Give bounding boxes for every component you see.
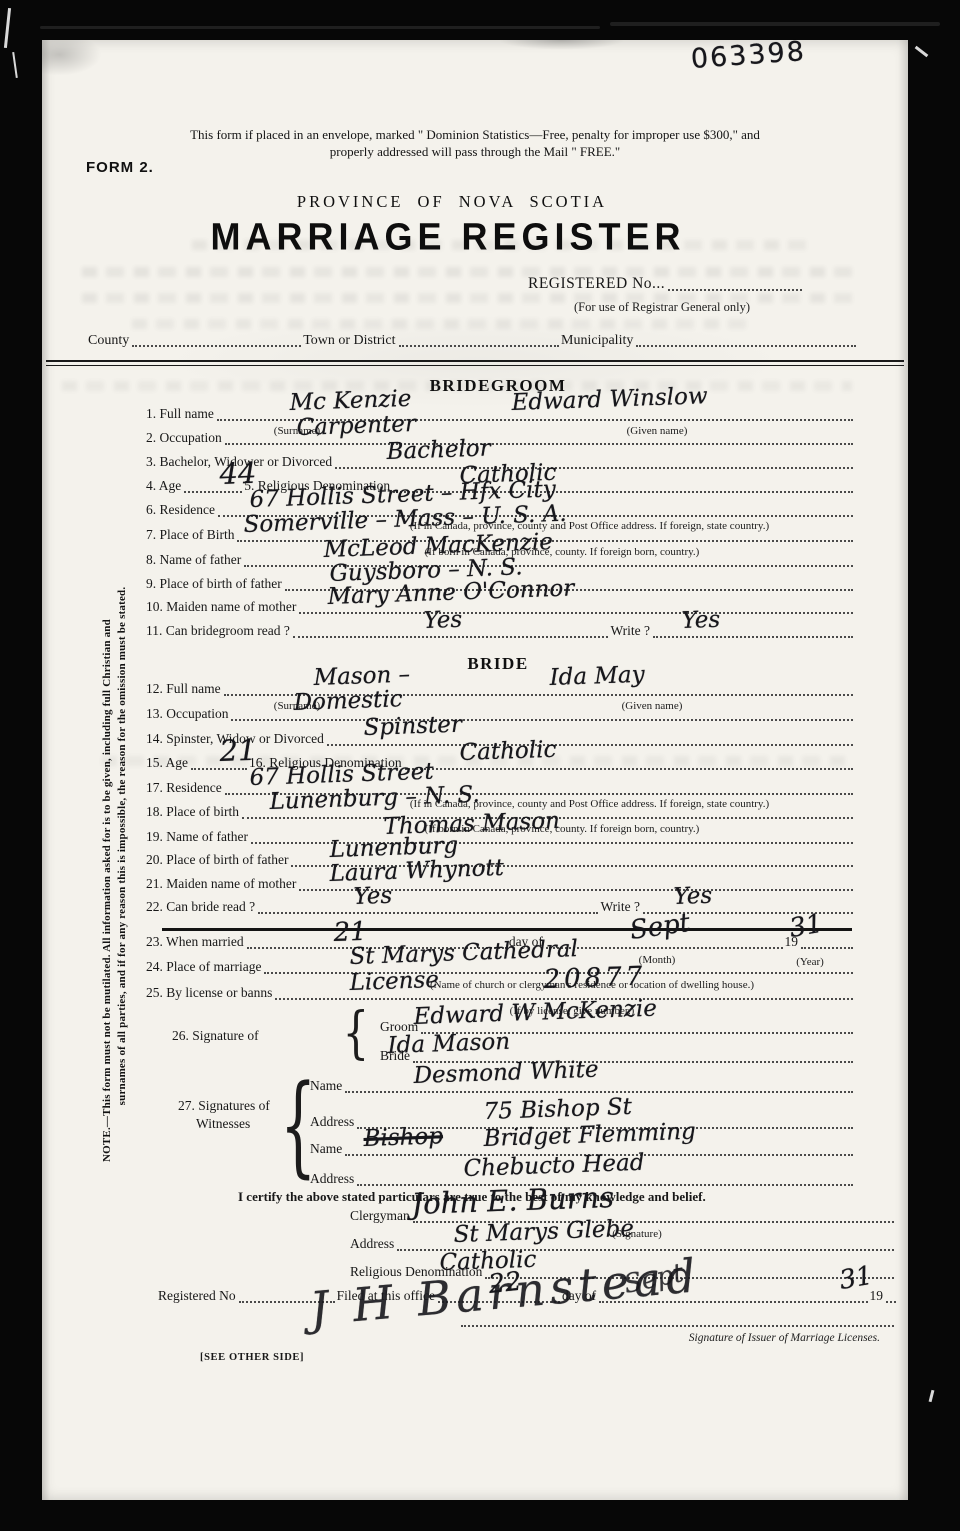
handwriting-year: 31 — [787, 911, 824, 942]
handwriting-age: 44 — [219, 459, 257, 489]
address-label: Address — [310, 1172, 354, 1187]
handwriting-can-write: Yes — [681, 609, 720, 633]
field-label: 1. Full name — [146, 407, 214, 422]
dotted-line — [636, 345, 856, 347]
name-label: Name — [310, 1079, 342, 1094]
dotted-line — [653, 636, 853, 638]
issuer-caption: Signature of Issuer of Marriage Licenses… — [620, 1332, 880, 1344]
dotted-line — [258, 912, 598, 914]
county-row: County Town or District Municipality — [88, 330, 858, 348]
serial-number-handwriting: 063398 — [690, 38, 807, 73]
field-label: 8. Name of father — [146, 553, 241, 568]
dotted-line — [132, 345, 301, 347]
dotted-line — [184, 491, 242, 493]
scan-streak — [610, 22, 940, 26]
br-read-write-row: 22. Can bride read ? Write ? — [146, 897, 855, 915]
handwriting-religion: Catholic — [459, 739, 557, 765]
side-note-line2: surnames of all parties, and if for any … — [115, 530, 130, 1162]
dotted-line — [461, 1325, 894, 1327]
field-label: 22. Can bride read ? — [146, 900, 255, 915]
dotted-line — [546, 947, 783, 949]
field-label: 23. When married — [146, 935, 244, 950]
scan-speck — [4, 8, 11, 48]
address-label: Address — [350, 1237, 394, 1252]
handwriting-can-write: Yes — [673, 885, 712, 909]
write-label: Write ? — [610, 624, 650, 639]
mail-note-line1: This form if placed in an envelope, mark… — [112, 126, 838, 143]
dotted-line — [335, 467, 853, 469]
registered-label: Registered No — [158, 1289, 236, 1304]
brace-26: { — [342, 1006, 369, 1062]
handwriting-clergyman: John E. Burns — [411, 1183, 615, 1219]
form-paper: 063398 This form if placed in an envelop… — [42, 40, 908, 1500]
br-fullname-row: 12. Full name — [146, 679, 855, 697]
handwriting-month: Sept — [628, 910, 691, 944]
address-label: Address — [310, 1115, 354, 1130]
field-label: 15. Age — [146, 756, 188, 771]
province-title: PROVINCE OF NOVA SCOTIA — [42, 192, 862, 212]
page-title: MARRIAGE REGISTER — [42, 215, 854, 259]
dotted-line — [405, 768, 853, 770]
handwriting-license-number: 20877 — [543, 963, 647, 993]
br-occupation-row: 13. Occupation — [146, 704, 855, 722]
dotted-line — [886, 1301, 896, 1303]
bride-heading: BRIDE — [42, 654, 908, 674]
municipality-label: Municipality — [561, 333, 633, 348]
dotted-line — [225, 443, 853, 445]
bridegroom-heading: BRIDEGROOM — [42, 376, 908, 396]
field-label: 18. Place of birth — [146, 805, 239, 820]
section-divider-rule — [46, 360, 904, 366]
dotted-line — [801, 947, 853, 949]
form-number: FORM 2. — [86, 159, 154, 176]
dotted-line — [327, 744, 853, 746]
handwriting-filed-year: 31 — [837, 1263, 874, 1294]
handwriting-witness1-address: 75 Bishop St — [483, 1096, 632, 1124]
section-rule — [162, 928, 852, 931]
handwriting-status: Spinster — [363, 714, 462, 740]
registered-no-label: REGISTERED No... — [528, 275, 665, 292]
license-row: 25. By license or banns — [146, 983, 855, 1001]
handwriting-witness2-address: Chebucto Head — [463, 1152, 645, 1181]
dotted-line — [668, 289, 802, 291]
field-label: 13. Occupation — [146, 707, 228, 722]
name-label: Name — [310, 1142, 342, 1157]
scanned-document: 063398 This form if placed in an envelop… — [0, 0, 960, 1531]
signature-of-label: 26. Signature of — [172, 1029, 259, 1044]
registered-no-row: REGISTERED No... — [528, 274, 804, 292]
handwriting-day: 21 — [333, 919, 367, 946]
handwriting-clergy-address: St Marys Glebe — [453, 1218, 634, 1247]
witnesses-label2: Witnesses — [196, 1117, 250, 1132]
bg-occupation-row: 2. Occupation — [146, 428, 855, 446]
scan-streak — [40, 26, 600, 29]
witnesses-label: 27. Signatures of — [178, 1099, 270, 1114]
handwriting-can-read: Yes — [423, 609, 462, 633]
mail-note-line2: properly addressed will pass through the… — [112, 143, 838, 160]
handwriting-bride-signature: Ida Mason — [387, 1031, 510, 1058]
handwriting-age: 21 — [219, 736, 257, 766]
scan-speck — [12, 52, 18, 78]
bg-read-write-row: 11. Can bridegroom read ? Write ? — [146, 621, 855, 639]
mail-note: This form if placed in an envelope, mark… — [112, 126, 838, 160]
dotted-line — [231, 719, 853, 721]
dotted-line — [345, 1091, 853, 1093]
registrar-only-note: (For use of Registrar General only) — [512, 300, 812, 315]
field-label: 7. Place of Birth — [146, 528, 234, 543]
handwriting-license: License — [349, 969, 439, 995]
bg-fullname-row: 1. Full name — [146, 404, 855, 422]
year-prefix: 19 — [870, 1289, 884, 1304]
scan-speck — [915, 46, 929, 58]
dotted-line — [399, 345, 560, 347]
town-district-label: Town or District — [303, 333, 395, 348]
field-label: 25. By license or banns — [146, 986, 272, 1001]
field-label: 21. Maiden name of mother — [146, 877, 296, 892]
dotted-line — [191, 768, 247, 770]
dotted-line — [299, 612, 853, 614]
field-label: 12. Full name — [146, 682, 221, 697]
side-note: NOTE.—This form must not be mutilated. A… — [100, 530, 130, 1162]
field-label: 6. Residence — [146, 503, 215, 518]
side-note-line1: NOTE.—This form must not be mutilated. A… — [100, 530, 115, 1162]
handwriting-witness2-struck: Bishop — [363, 1125, 443, 1151]
see-other-side: [SEE OTHER SIDE] — [200, 1352, 304, 1364]
field-label: 9. Place of birth of father — [146, 577, 282, 592]
clergyman-label: Clergyman — [350, 1209, 410, 1224]
field-label: 20. Place of birth of father — [146, 853, 288, 868]
field-label: 10. Maiden name of mother — [146, 600, 296, 615]
dotted-line — [293, 636, 609, 638]
handwriting-can-read: Yes — [353, 885, 392, 909]
field-label: 24. Place of marriage — [146, 960, 261, 975]
handwriting-occupation: Carpenter — [296, 413, 416, 440]
field-label: 19. Name of father — [146, 830, 248, 845]
county-label: County — [88, 333, 129, 348]
field-label: 4. Age — [146, 479, 181, 494]
bleedthrough-smudge — [132, 319, 752, 329]
handwriting-status: Bachelor — [386, 437, 491, 464]
handwriting-occupation: Domestic — [293, 688, 403, 715]
scan-speck — [929, 1390, 935, 1402]
field-label: 2. Occupation — [146, 431, 222, 446]
field-label: 11. Can bridegroom read ? — [146, 624, 290, 639]
handwriting-given-name: Ida May — [549, 664, 645, 690]
write-label: Write ? — [600, 900, 640, 915]
handwriting-mother: Laura Whynott — [329, 857, 504, 886]
field-label: 17. Residence — [146, 781, 222, 796]
